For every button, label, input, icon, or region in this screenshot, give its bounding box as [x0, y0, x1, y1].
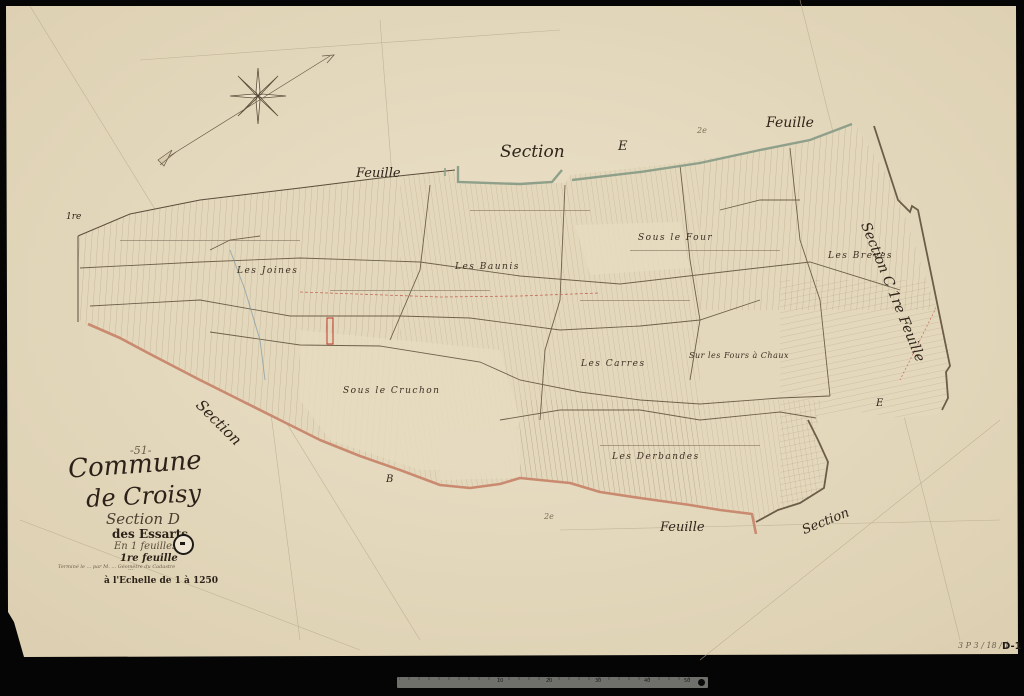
- ruler-label: 30: [595, 678, 601, 684]
- cartouche-sheets: En 1 feuilles: [114, 541, 177, 552]
- place-label-sur-les-fours-a-chaux: Sur les Fours à Chaux: [689, 351, 789, 360]
- label-feuille-top: Feuille: [766, 115, 814, 131]
- place-label-les-carres: Les Carres: [581, 359, 646, 369]
- label-section-top: Section: [500, 142, 565, 162]
- compass-rose-icon: [230, 68, 286, 124]
- label-feuille-bottom-prefix: 2e: [544, 512, 554, 521]
- cartouche-section: Section D: [106, 510, 180, 528]
- measurement-ruler: 10 20 30 40 50: [397, 677, 708, 688]
- place-label-les-baunis: Les Baunis: [455, 262, 520, 272]
- place-label-les-derbandes: Les Derbandes: [612, 452, 700, 462]
- cartouche-scale: à l'Echelle de 1 à 1250: [104, 576, 218, 586]
- cartouche-surveyor: Terminé le ... par M. ... Géomètre du Ca…: [58, 564, 175, 570]
- cartouche-sheet-number: 1re feuille: [120, 553, 178, 564]
- label-section-left-letter: B: [386, 474, 393, 485]
- title-cartouche: -51- Commune de Croisy Section D des Ess…: [58, 440, 298, 600]
- archive-stamp-icon: [173, 534, 194, 555]
- label-feuille-top-left: Feuille: [356, 166, 401, 181]
- place-label-sous-le-cruchon: Sous le Cruchon: [343, 386, 440, 396]
- label-feuille-left-prefix: 1re: [66, 212, 81, 222]
- ruler-label: 50: [684, 678, 690, 684]
- cartouche-commune-name: de Croisy: [85, 479, 201, 513]
- place-label-sous-le-four: Sous le Four: [638, 233, 713, 243]
- label-section-top-letter: E: [618, 139, 628, 154]
- ruler-hole: [698, 679, 705, 686]
- archive-code: D-1: [1002, 641, 1022, 652]
- label-feuille-top-prefix: 2e: [697, 126, 707, 135]
- label-feuille-bottom: Feuille: [660, 520, 705, 535]
- ruler-label: 10: [497, 678, 503, 684]
- cartouche-commune: Commune: [67, 445, 203, 484]
- ruler-label: 20: [546, 678, 552, 684]
- place-label-les-joines: Les Joines: [237, 266, 298, 276]
- ruler-label: 40: [644, 678, 650, 684]
- label-right-letter: E: [876, 398, 883, 409]
